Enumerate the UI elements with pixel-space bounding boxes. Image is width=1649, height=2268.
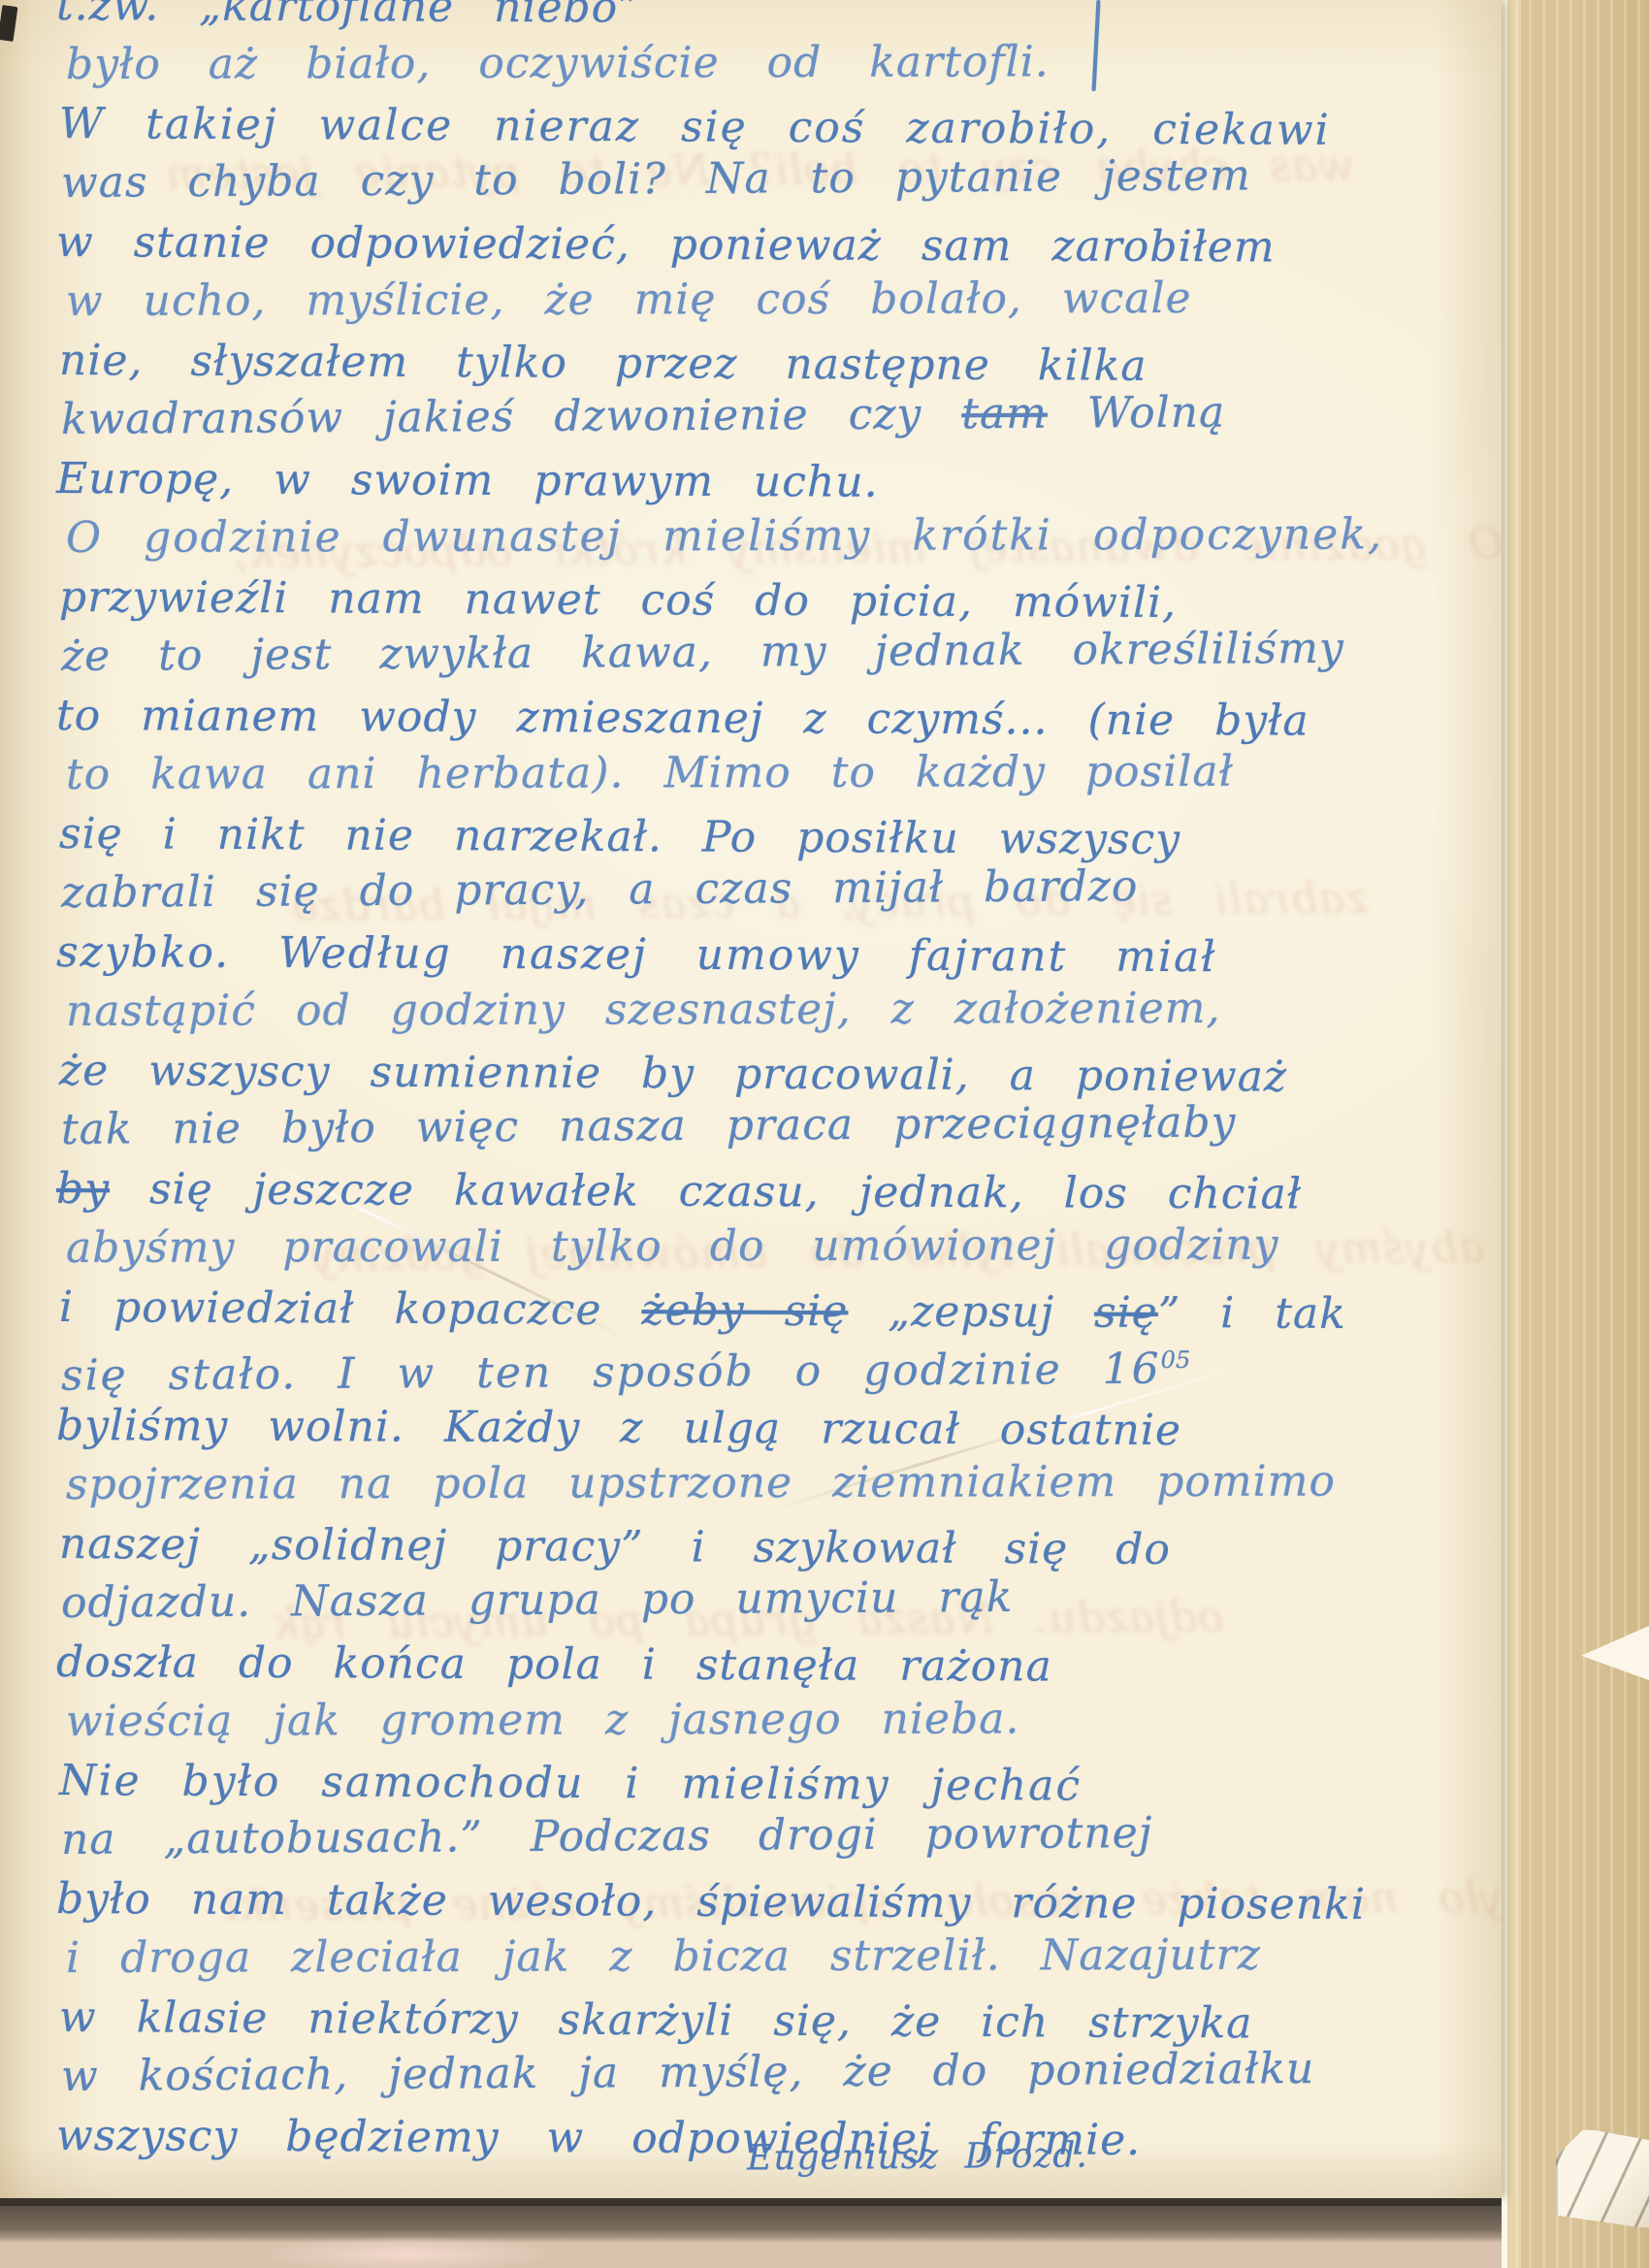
- text-segment: „zepsuj: [848, 1286, 1094, 1337]
- underlying-page-edge: [1502, 0, 1649, 2268]
- text-segment: było nam także wesoło, śpiewaliśmy różne…: [56, 1874, 1366, 1929]
- text-line: to kawa ani herbata). Mimo to każdy posi…: [66, 743, 1482, 806]
- text-segment: 05: [1161, 1346, 1191, 1374]
- text-segment: to mianem wody zmieszanej z czymś... (ni…: [56, 691, 1309, 746]
- text-segment: to kawa ani herbata). Mimo to każdy posi…: [66, 747, 1234, 799]
- text-line: było aż biało, oczywiście od kartofli.: [66, 33, 1482, 96]
- scanned-notebook-spread: t.zw. „kartoflane niebo”było aż biało, o…: [0, 0, 1649, 2268]
- text-segment: w kościach, jednak ja myślę, że do ponie…: [61, 2044, 1315, 2101]
- text-segment: i droga zleciała jak z bicza strzelił. N…: [66, 1930, 1261, 1983]
- text-segment: się: [1094, 1288, 1158, 1338]
- page-bottom-shadow: [0, 2198, 1502, 2268]
- text-segment: Europę, w swoim prawym uchu.: [56, 454, 879, 507]
- text-segment: abyśmy pracowali tylko do umówionej godz…: [66, 1220, 1279, 1273]
- text-segment: was chyba czy to boli? Na to pytanie jes…: [61, 150, 1251, 207]
- folded-corner: [1556, 2128, 1649, 2229]
- text-segment: w klasie niektórzy skarżyli się, że ich …: [59, 1993, 1253, 2048]
- text-segment: tak nie było więc nasza praca przeciągnę…: [61, 1098, 1237, 1154]
- text-segment: t.zw. „kartoflane niebo”: [56, 0, 641, 33]
- text-line: kwadransów jakieś dzwonienie czy tam Wol…: [61, 383, 1477, 451]
- text-segment: nie, słyszałem tylko przez następne kilk…: [59, 336, 1148, 391]
- text-segment: że to jest zwykła kawa, my jednak określ…: [61, 624, 1344, 681]
- text-segment: nastąpić od godziny szesnastej, z założe…: [66, 984, 1221, 1036]
- signature: Eugeniusz Drozd.: [747, 2135, 1088, 2178]
- text-segment: wieścią jak gromem z jasnego nieba.: [66, 1694, 1020, 1746]
- text-segment: Nie było samochodu i mieliśmy jechać: [59, 1756, 1082, 1811]
- text-segment: na „autobusach.” Podczas drogi powrotnej: [61, 1808, 1153, 1864]
- text-segment: się i nikt nie narzekał. Po posiłku wszy…: [59, 809, 1180, 864]
- text-segment: szybko. Według naszej umowy fajrant miał: [56, 927, 1217, 982]
- text-segment: naszej „solidnej pracy” i szykował się d…: [59, 1519, 1171, 1574]
- text-line: że to jest zwykła kawa, my jednak określ…: [61, 620, 1477, 688]
- text-segment: byliśmy wolni. Każdy z ulgą rzucał ostat…: [56, 1401, 1181, 1455]
- text-segment: się stało. I w ten sposób o godzinie 16: [61, 1345, 1161, 1401]
- text-segment: by: [56, 1164, 110, 1214]
- text-segment: w ucho, myślicie, że mię coś bolało, wca…: [66, 274, 1192, 326]
- text-segment: O godzinie dwunastej mieliśmy krótki odp…: [66, 509, 1383, 563]
- text-line: wieścią jak gromem z jasnego nieba.: [66, 1690, 1482, 1753]
- text-lines: t.zw. „kartoflane niebo”było aż biało, o…: [54, 0, 1471, 2167]
- text-segment: i powiedział kopaczce: [59, 1282, 642, 1335]
- text-line: abyśmy pracowali tylko do umówionej godz…: [66, 1216, 1482, 1280]
- text-segment: Wolną: [1048, 388, 1226, 438]
- text-line: was chyba czy to boli? Na to pytanie jes…: [61, 146, 1477, 214]
- text-line: tak nie było więc nasza praca przeciągnę…: [61, 1093, 1477, 1161]
- text-segment: żeby się: [641, 1285, 848, 1336]
- text-segment: spojrzenia na pola upstrzone ziemniakiem…: [66, 1457, 1336, 1509]
- text-line: spojrzenia na pola upstrzone ziemniakiem…: [66, 1453, 1482, 1516]
- text-segment: tam: [961, 389, 1048, 439]
- text-segment: w stanie odpowiedzieć, ponieważ sam zaro…: [56, 217, 1276, 272]
- text-line: O godzinie dwunastej mieliśmy krótki odp…: [66, 506, 1482, 569]
- text-line: w kościach, jednak ja myślę, że do ponie…: [61, 2040, 1477, 2108]
- text-segment: kwadransów jakieś dzwonienie czy: [61, 389, 962, 444]
- text-line: zabrali się do pracy, a czas mijał bardz…: [61, 857, 1477, 924]
- page: t.zw. „kartoflane niebo”było aż biało, o…: [0, 0, 1502, 2198]
- text-line: na „autobusach.” Podczas drogi powrotnej: [61, 1803, 1477, 1871]
- scan-edge-mark: [0, 5, 17, 42]
- text-line: odjazdu. Nasza grupa po umyciu rąk: [61, 1567, 1477, 1635]
- text-segment: że wszyscy sumiennie by pracowali, a pon…: [59, 1046, 1287, 1102]
- text-segment: doszła do końca pola i stanęła rażona: [56, 1637, 1052, 1691]
- text-line: się stało. I w ten sposób o godzinie 160…: [61, 1330, 1477, 1398]
- text-segment: się jeszcze kawałek czasu, jednak, los c…: [110, 1164, 1302, 1218]
- text-line: w ucho, myślicie, że mię coś bolało, wca…: [66, 270, 1482, 333]
- text-segment: odjazdu. Nasza grupa po umyciu rąk: [61, 1572, 1014, 1628]
- text-segment: zabrali się do pracy, a czas mijał bardz…: [61, 861, 1139, 918]
- text-segment: przywieźli nam nawet coś do picia, mówil…: [59, 572, 1177, 628]
- text-line: i droga zleciała jak z bicza strzelił. N…: [66, 1927, 1482, 1990]
- text-segment: W takiej walce nieraz się coś zarobiło, …: [59, 99, 1331, 155]
- text-segment: było aż biało, oczywiście od kartofli.: [66, 37, 1050, 89]
- text-line: nastąpić od godziny szesnastej, z założe…: [66, 980, 1482, 1043]
